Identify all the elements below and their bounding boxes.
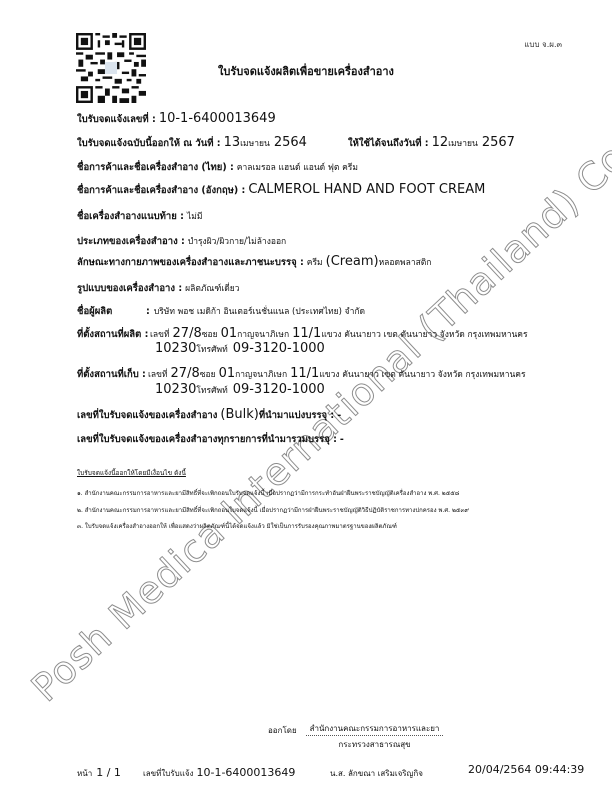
issued-by-label: ออกโดย: [268, 724, 297, 737]
storage-address-row2: 10230 โทรศัพท์ 09-3120-1000: [155, 382, 325, 397]
appendix-label: ชื่อเครื่องสำอางแนบท้าย :: [77, 209, 184, 224]
issue-date-row: ใบรับจดแจ้งฉบับนี้ออกให้ ณ วันที่ : 13 เ…: [77, 135, 307, 151]
factory-address-label: ที่ตั้งสถานที่ผลิต :: [77, 327, 150, 342]
type-value: บำรุงผิว/ผิวกาย/ไม่ล้างออก: [188, 234, 286, 248]
manufacturer-row: ชื่อผู้ผลิต : บริษัท พอช เมดิก้า อินเตอร…: [77, 304, 365, 319]
expiry-date-label: ให้ใช้ได้จนถึงวันที่ :: [348, 136, 429, 151]
notification-number-label: ใบรับจดแจ้งเลขที่ :: [77, 112, 156, 127]
name-th-label: ชื่อการค้าและชื่อเครื่องสำอาง (ไทย) :: [77, 160, 234, 175]
bulk-number-row: เลขที่ใบรับจดแจ้งของเครื่องสำอาง (Bulk) …: [77, 407, 341, 423]
expiry-month: เมษายน: [448, 136, 478, 150]
expiry-year: 2567: [482, 135, 515, 150]
bulk-tag: (Bulk): [220, 407, 258, 422]
appendix-row: ชื่อเครื่องสำอางแนบท้าย : ไม่มี: [77, 209, 202, 224]
footer-ref-label: เลขที่ใบรับแจ้ง: [143, 767, 194, 780]
issue-day: 13: [224, 135, 241, 150]
factory-tel: 09-3120-1000: [233, 341, 325, 356]
bulk-label-suffix: ที่นำมาแบ่งบรรจุ :: [259, 408, 334, 423]
storage-address-label: ที่ตั้งสถานที่เก็บ :: [77, 367, 148, 382]
expiry-date-row: ให้ใช้ได้จนถึงวันที่ : 12 เมษายน 2567: [348, 135, 515, 151]
name-th-value: คาลเมรอล แฮนด์ แอนด์ ฟุต ครีม: [237, 160, 358, 174]
factory-district: แขวง คันนายาว เขต คันนายาว จังหวัด กรุงเ…: [321, 327, 527, 341]
format-label: รูปแบบของเครื่องสำอาง :: [77, 281, 182, 296]
storage-address-row: ที่ตั้งสถานที่เก็บ : เลขที่ 27/8 ซอย 01 …: [77, 366, 526, 382]
manufacturer-colon: :: [146, 306, 150, 317]
bulk-label: เลขที่ใบรับจดแจ้งของเครื่องสำอาง: [77, 408, 217, 423]
officer-name: น.ส. ลักขณา เสริมเจริญกิจ: [330, 767, 423, 780]
timestamp: 20/04/2564 09:44:39: [468, 763, 584, 776]
format-row: รูปแบบของเครื่องสำอาง : ผลิตภัณฑ์เดี่ยว: [77, 281, 240, 296]
issue-date-label: ใบรับจดแจ้งฉบับนี้ออกให้ ณ วันที่ :: [77, 136, 221, 151]
storage-tel-label: โทรศัพท์: [196, 383, 227, 397]
physical-value-en: (Cream): [326, 254, 379, 269]
factory-address-row: ที่ตั้งสถานที่ผลิต : เลขที่ 27/8 ซอย 01 …: [77, 326, 528, 342]
factory-no-label: เลขที่: [150, 327, 170, 341]
condition-item-2: ๒. สำนักงานคณะกรรมการอาหารและยามีสิทธิ์ท…: [77, 505, 469, 515]
issuer-ministry: กระทรวงสาธารณสุข: [306, 738, 443, 751]
issuer-office: สำนักงานคณะกรรมการอาหารและยา: [306, 722, 443, 736]
manufacturer-value: บริษัท พอช เมดิก้า อินเตอร์เนชั่นแนล (ปร…: [154, 304, 365, 318]
physical-row: ลักษณะทางกายภาพของเครื่องสำอางและภาชนะบร…: [77, 254, 431, 270]
storage-no-label: เลขที่: [148, 367, 168, 381]
container-value: หลอดพลาสติก: [379, 255, 432, 269]
issue-year: 2564: [274, 135, 307, 150]
footer-ref-value: 10-1-6400013649: [197, 766, 296, 779]
form-code: แบบ จ.ผ.๓: [524, 38, 562, 51]
condition-item-3: ๓. ใบรับจดแจ้งเครื่องสำอางออกให้ เพื่อแส…: [77, 521, 397, 531]
combined-number-row: เลขที่ใบรับจดแจ้งของเครื่องสำอางทุกรายกา…: [77, 432, 344, 447]
factory-tel-label: โทรศัพท์: [196, 342, 227, 356]
name-en-label: ชื่อการค้าและชื่อเครื่องสำอาง (อังกฤษ) :: [77, 183, 245, 198]
conditions-heading: ใบรับจดแจ้งนี้ออกให้โดยมีเงื่อนไข ดังนี้: [77, 468, 186, 478]
format-value: ผลิตภัณฑ์เดี่ยว: [185, 281, 239, 295]
type-row: ประเภทของเครื่องสำอาง : บำรุงผิว/ผิวกาย/…: [77, 234, 286, 249]
storage-district: แขวง คันนายาว เขต คันนายาว จังหวัด กรุงเ…: [319, 367, 525, 381]
factory-postcode: 10230: [155, 341, 196, 356]
document-title: ใบรับจดแจ้งผลิตเพื่อขายเครื่องสำอาง: [0, 62, 612, 80]
combined-value: -: [340, 434, 344, 445]
manufacturer-label: ชื่อผู้ผลิต: [77, 304, 146, 319]
factory-road-no: 11/1: [292, 326, 321, 341]
name-en-row: ชื่อการค้าและชื่อเครื่องสำอาง (อังกฤษ) :…: [77, 182, 485, 198]
storage-soi: 01: [219, 366, 236, 381]
physical-label: ลักษณะทางกายภาพของเครื่องสำอางและภาชนะบร…: [77, 255, 304, 270]
storage-road-no: 11/1: [290, 366, 319, 381]
factory-soi-label: ซอย: [202, 327, 218, 341]
storage-postcode: 10230: [155, 382, 196, 397]
factory-road: กาญจนาภิเษก: [237, 327, 289, 341]
issue-month: เมษายน: [240, 136, 270, 150]
footer-reference: เลขที่ใบรับแจ้ง 10-1-6400013649: [143, 766, 295, 780]
page-number: 1 / 1: [96, 766, 121, 779]
name-en-value: CALMEROL HAND AND FOOT CREAM: [248, 182, 485, 197]
storage-tel: 09-3120-1000: [233, 382, 325, 397]
expiry-day: 12: [432, 135, 449, 150]
storage-soi-label: ซอย: [200, 367, 216, 381]
combined-label: เลขที่ใบรับจดแจ้งของเครื่องสำอางทุกรายกา…: [77, 432, 337, 447]
factory-no: 27/8: [173, 326, 202, 341]
factory-soi: 01: [221, 326, 238, 341]
bulk-value: -: [337, 410, 341, 421]
condition-item-1: ๑. สำนักงานคณะกรรมการอาหารและยามีสิทธิ์ท…: [77, 488, 459, 498]
physical-value-th: ครีม: [307, 255, 323, 269]
appendix-value: ไม่มี: [187, 209, 202, 223]
storage-road: กาญจนาภิเษก: [235, 367, 287, 381]
notification-number-row: ใบรับจดแจ้งเลขที่ : 10-1-6400013649: [77, 111, 276, 127]
storage-no: 27/8: [171, 366, 200, 381]
page-label: หน้า: [77, 767, 92, 780]
page-indicator: หน้า 1 / 1: [77, 766, 121, 780]
factory-address-row2: 10230 โทรศัพท์ 09-3120-1000: [155, 341, 325, 356]
type-label: ประเภทของเครื่องสำอาง :: [77, 234, 185, 249]
notification-number-value: 10-1-6400013649: [159, 111, 276, 126]
name-th-row: ชื่อการค้าและชื่อเครื่องสำอาง (ไทย) : คา…: [77, 160, 358, 175]
